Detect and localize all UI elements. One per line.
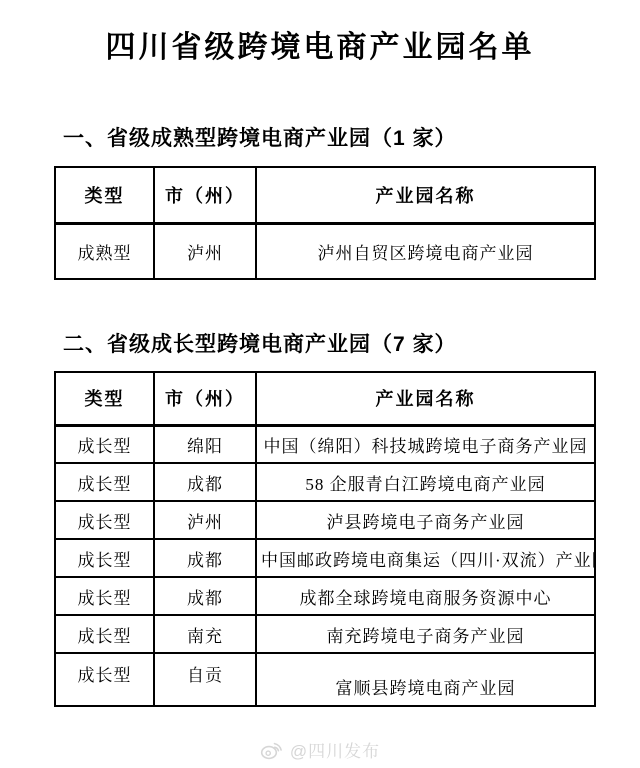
watermark-text: @四川发布: [290, 737, 380, 762]
mature-parks-table: 类型 市（州） 产业园名称 成熟型 泸州 泸州自贸区跨境电商产业园: [54, 166, 596, 280]
column-header-type: 类型: [55, 167, 154, 223]
table-header-row: 类型 市（州） 产业园名称: [55, 167, 595, 223]
cell-city: 成都: [154, 463, 256, 501]
table-row: 成长型 绵阳 中国（绵阳）科技城跨境电子商务产业园: [55, 425, 595, 463]
cell-park-name: 中国邮政跨境电商集运（四川·双流）产业园: [256, 539, 595, 577]
cell-type: 成长型: [55, 653, 154, 706]
cell-city: 成都: [154, 539, 256, 577]
cell-type: 成熟型: [55, 223, 154, 279]
cell-city: 泸州: [154, 501, 256, 539]
column-header-park-name: 产业园名称: [256, 167, 595, 223]
table-header-row: 类型 市（州） 产业园名称: [55, 372, 595, 425]
growth-parks-table: 类型 市（州） 产业园名称 成长型 绵阳 中国（绵阳）科技城跨境电子商务产业园 …: [54, 371, 596, 707]
page-title: 四川省级跨境电商产业园名单: [0, 22, 640, 66]
column-header-type: 类型: [55, 372, 154, 425]
table-row: 成长型 成都 中国邮政跨境电商集运（四川·双流）产业园: [55, 539, 595, 577]
cell-city: 成都: [154, 577, 256, 615]
cell-park-name: 中国（绵阳）科技城跨境电子商务产业园: [256, 425, 595, 463]
cell-type: 成长型: [55, 463, 154, 501]
document-page: 四川省级跨境电商产业园名单 一、省级成熟型跨境电商产业园（1 家） 类型 市（州…: [0, 0, 640, 768]
column-header-city: 市（州）: [154, 372, 256, 425]
column-header-city: 市（州）: [154, 167, 256, 223]
table-row: 成长型 南充 南充跨境电子商务产业园: [55, 615, 595, 653]
table-row: 成长型 成都 58 企服青白江跨境电商产业园: [55, 463, 595, 501]
cell-type: 成长型: [55, 539, 154, 577]
cell-park-name: 泸州自贸区跨境电商产业园: [256, 223, 595, 279]
weibo-icon: [260, 739, 284, 760]
section-2-heading: 二、省级成长型跨境电商产业园（7 家）: [63, 328, 457, 358]
column-header-park-name: 产业园名称: [256, 372, 595, 425]
cell-park-name: 58 企服青白江跨境电商产业园: [256, 463, 595, 501]
cell-park-name: 南充跨境电子商务产业园: [256, 615, 595, 653]
cell-type: 成长型: [55, 425, 154, 463]
cell-city: 泸州: [154, 223, 256, 279]
cell-park-name: 成都全球跨境电商服务资源中心: [256, 577, 595, 615]
cell-type: 成长型: [55, 615, 154, 653]
cell-city: 绵阳: [154, 425, 256, 463]
table-row: 成长型 自贡 富顺县跨境电商产业园: [55, 653, 595, 706]
cell-type: 成长型: [55, 501, 154, 539]
cell-park-name: 泸县跨境电子商务产业园: [256, 501, 595, 539]
table-row: 成长型 成都 成都全球跨境电商服务资源中心: [55, 577, 595, 615]
table-row: 成熟型 泸州 泸州自贸区跨境电商产业园: [55, 223, 595, 279]
cell-type: 成长型: [55, 577, 154, 615]
cell-city: 自贡: [154, 653, 256, 706]
cell-park-name: 富顺县跨境电商产业园: [256, 653, 595, 706]
section-1-heading: 一、省级成熟型跨境电商产业园（1 家）: [63, 122, 457, 152]
watermark: @四川发布: [0, 737, 640, 762]
cell-city: 南充: [154, 615, 256, 653]
table-row: 成长型 泸州 泸县跨境电子商务产业园: [55, 501, 595, 539]
